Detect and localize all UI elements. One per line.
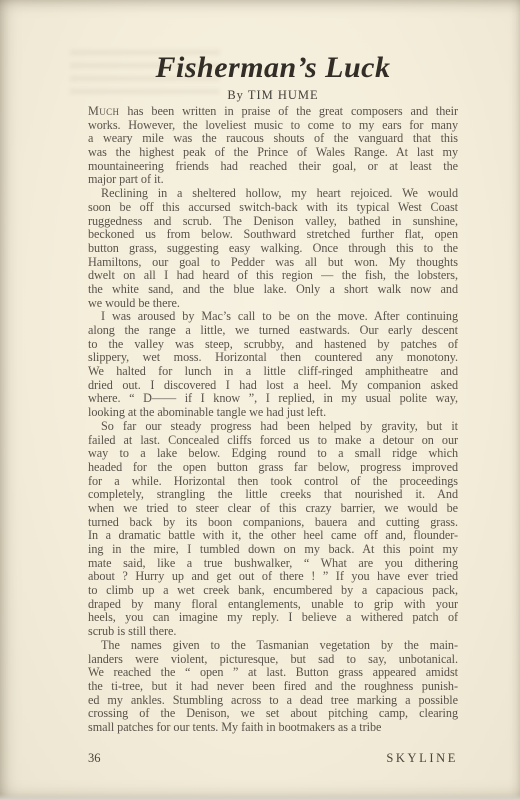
text-line: We reached the “ open ” at last. Button … — [88, 666, 458, 680]
text-line: turned back by its boon companions, baue… — [88, 516, 458, 530]
text-line: scrub is still there. — [88, 625, 458, 639]
text-line: mate said, like a true bushwalker, “ Wha… — [88, 557, 458, 571]
article-title: Fisherman’s Luck — [88, 0, 458, 86]
page-footer: 36 SKYLINE — [88, 751, 458, 766]
text-line: to the valley was steep, scrubby, and ha… — [88, 338, 458, 352]
paragraph: Reclining in a sheltered hollow, my hear… — [88, 187, 458, 310]
text-line: small patches for our tents. My faith in… — [88, 721, 458, 735]
text-line: crossing of the Denison, we set about pi… — [88, 707, 458, 721]
text-line: draped by many floral entanglements, una… — [88, 598, 458, 612]
text-line: the white sand, and the blue lake. Only … — [88, 283, 458, 297]
text-line: along the range a little, we turned east… — [88, 324, 458, 338]
paragraph: So far our steady progress had been help… — [88, 420, 458, 639]
scan-edge — [0, 794, 520, 800]
article-body: Much has been written in praise of the g… — [88, 105, 458, 735]
text-line: to climb up a wet creek bank, encumbered… — [88, 584, 458, 598]
publication-name: SKYLINE — [386, 751, 458, 766]
text-line: way to a lake below. Edging round to a s… — [88, 447, 458, 461]
text-line: Reclining in a sheltered hollow, my hear… — [88, 187, 458, 201]
text-line: completely, strangling the little creeks… — [88, 488, 458, 502]
text-line: I was aroused by Mac’s call to be on the… — [88, 310, 458, 324]
article: Fisherman’s Luck By TIM HUME Much has be… — [88, 0, 458, 735]
text-line: when we tried to steer clear of this cra… — [88, 502, 458, 516]
text-line: Much has been written in praise of the g… — [88, 105, 458, 119]
small-caps-lead: Much — [88, 104, 119, 118]
text-line: ruggedness and scrub. The Denison valley… — [88, 215, 458, 229]
page-number: 36 — [88, 751, 101, 766]
text-line: where. “ D—— if I know ”, I replied, in … — [88, 392, 458, 406]
text-line: Hamiltons, our goal to Pedder was all bu… — [88, 256, 458, 270]
text-line: slippery, wet moss. Horizontal then coun… — [88, 351, 458, 365]
text-line: dwelt on all I had heard of this region … — [88, 269, 458, 283]
text-line: soon be off this accursed switch-back wi… — [88, 201, 458, 215]
text-line: headed for the open button grass far bel… — [88, 461, 458, 475]
text-line: we would be there. — [88, 297, 458, 311]
text-line: heels, you can imagine my reply. I belie… — [88, 611, 458, 625]
text-line: for a while. Horizontal then took contro… — [88, 475, 458, 489]
text-line: major part of it. — [88, 173, 458, 187]
scanned-page: Fisherman’s Luck By TIM HUME Much has be… — [0, 0, 520, 800]
text-line: about ? Hurry up and get out of there ! … — [88, 570, 458, 584]
text-line: mountaineering friends had reached their… — [88, 160, 458, 174]
text-line: failed at last. Concealed cliffs forced … — [88, 434, 458, 448]
text-line: the ti-tree, but it had never been fired… — [88, 680, 458, 694]
text-line: The names given to the Tasmanian vegetat… — [88, 639, 458, 653]
text-line: In a dramatic battle with it, the other … — [88, 529, 458, 543]
text-line: ing in the mire, I tumbled down on my ba… — [88, 543, 458, 557]
text-line: So far our steady progress had been help… — [88, 420, 458, 434]
paragraph: The names given to the Tasmanian vegetat… — [88, 639, 458, 735]
text-line: We halted for lunch in a little cliff-ri… — [88, 365, 458, 379]
text-line: looking at the abominable tangle we had … — [88, 406, 458, 420]
text-line: button grass, suggesting easy walking. O… — [88, 242, 458, 256]
paragraph: Much has been written in praise of the g… — [88, 105, 458, 187]
text-line: works. However, the loveliest music to c… — [88, 119, 458, 133]
article-byline: By TIM HUME — [88, 88, 458, 102]
text-line: landers were violent, picturesque, but s… — [88, 653, 458, 667]
paragraph: I was aroused by Mac’s call to be on the… — [88, 310, 458, 420]
text-line: was the highest peak of the Prince of Wa… — [88, 146, 458, 160]
text-line: dried out. I discovered I had lost a hee… — [88, 379, 458, 393]
text-line: ed my ankles. Stumbling across to a dead… — [88, 694, 458, 708]
text-line: beckoned us from below. Southward stretc… — [88, 228, 458, 242]
text-line: a weary mile was the raucous shouts of t… — [88, 132, 458, 146]
